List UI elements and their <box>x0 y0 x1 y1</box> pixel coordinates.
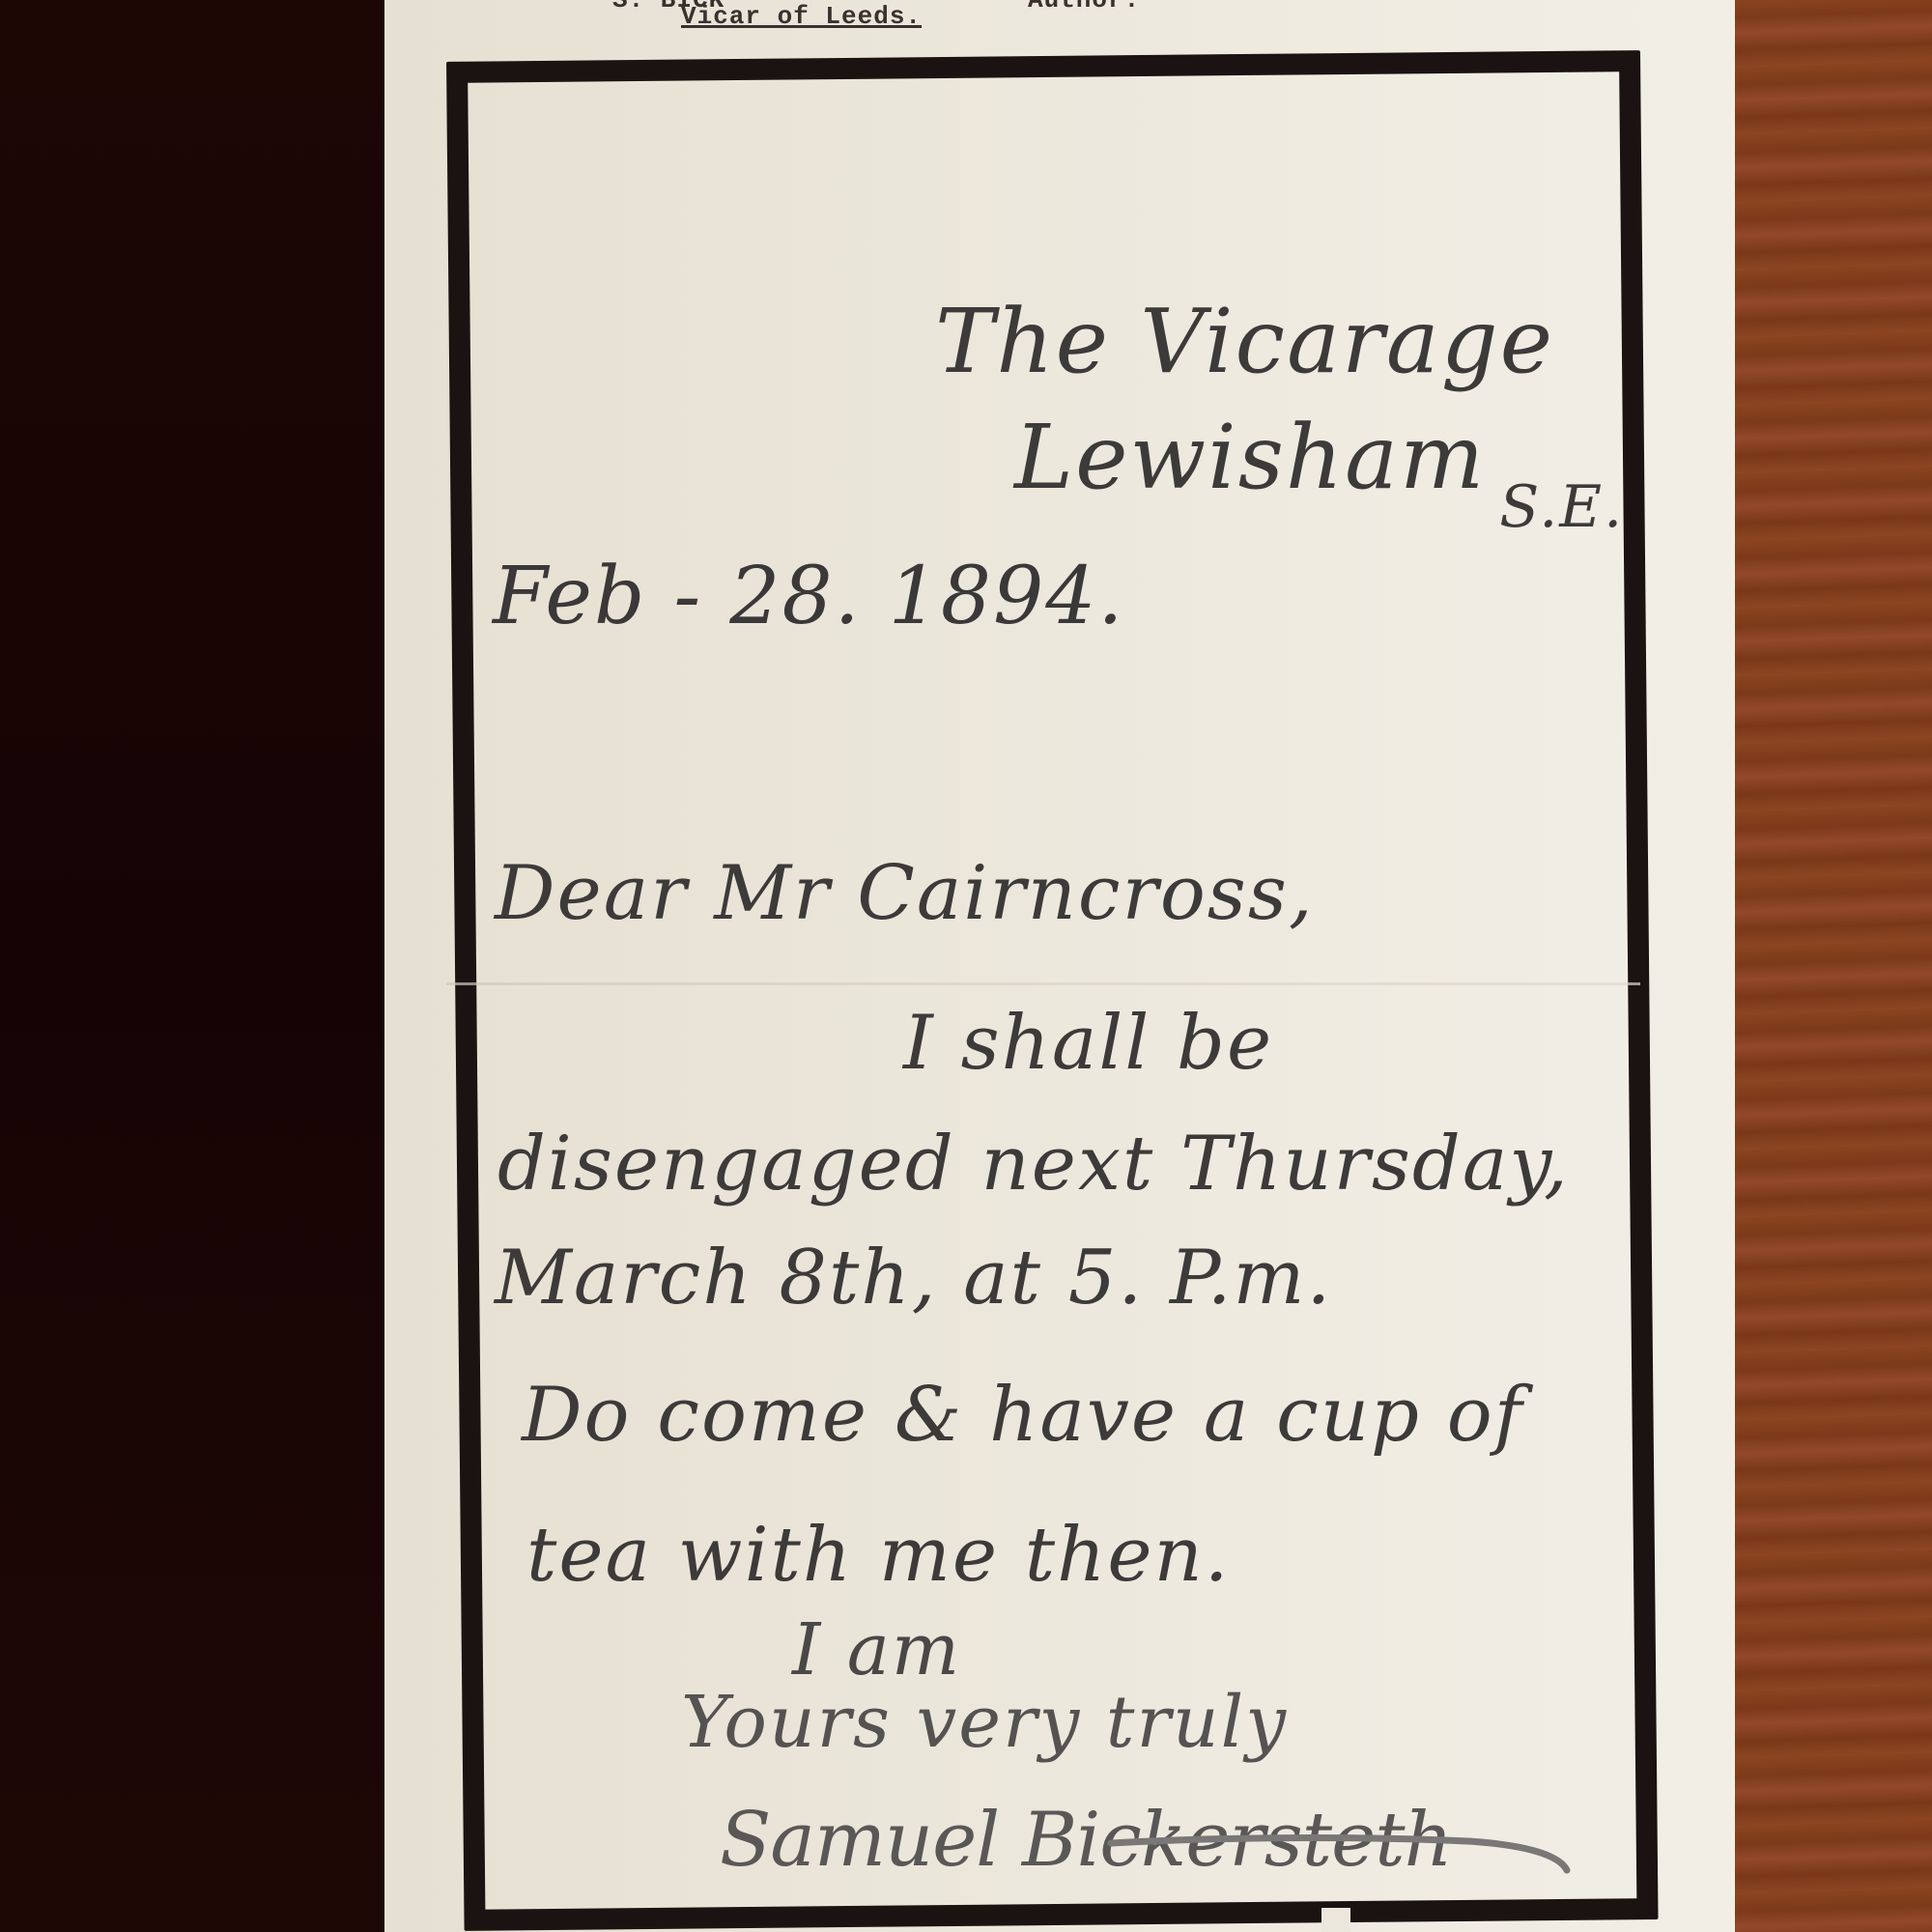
address-district: S.E. <box>1499 473 1624 541</box>
body-line: Do come & have a cup of <box>522 1372 1524 1459</box>
body-line: disengaged next Thursday, <box>497 1121 1570 1207</box>
body-line: March 8th, at 5. P.m. <box>495 1235 1332 1321</box>
address-line-1: The Vicarage <box>935 290 1554 393</box>
closing-line: I am <box>792 1608 961 1691</box>
letterhead-title: Vicar of Leeds. <box>681 3 922 30</box>
letter-date: Feb - 28. 1894. <box>493 551 1125 642</box>
letterhead-author: Author. <box>1028 0 1140 14</box>
dark-wood-background <box>0 0 386 1932</box>
body-line: I shall be <box>903 1000 1273 1087</box>
body-line: tea with me then. <box>526 1512 1231 1599</box>
wood-grain-background <box>1734 0 1932 1932</box>
signature-flourish-icon <box>1101 1826 1584 1884</box>
closing-line: Yours very truly <box>681 1681 1288 1764</box>
address-line-2: LewishamS.E. <box>1014 406 1624 509</box>
salutation: Dear Mr Cairncross, <box>495 850 1315 937</box>
address-town: Lewisham <box>1014 406 1486 509</box>
paper-fold-line <box>446 982 1640 985</box>
border-tear <box>1321 1908 1350 1932</box>
typed-letterhead-label: S. BICK Author. Vicar of Leeds. <box>541 0 1410 29</box>
